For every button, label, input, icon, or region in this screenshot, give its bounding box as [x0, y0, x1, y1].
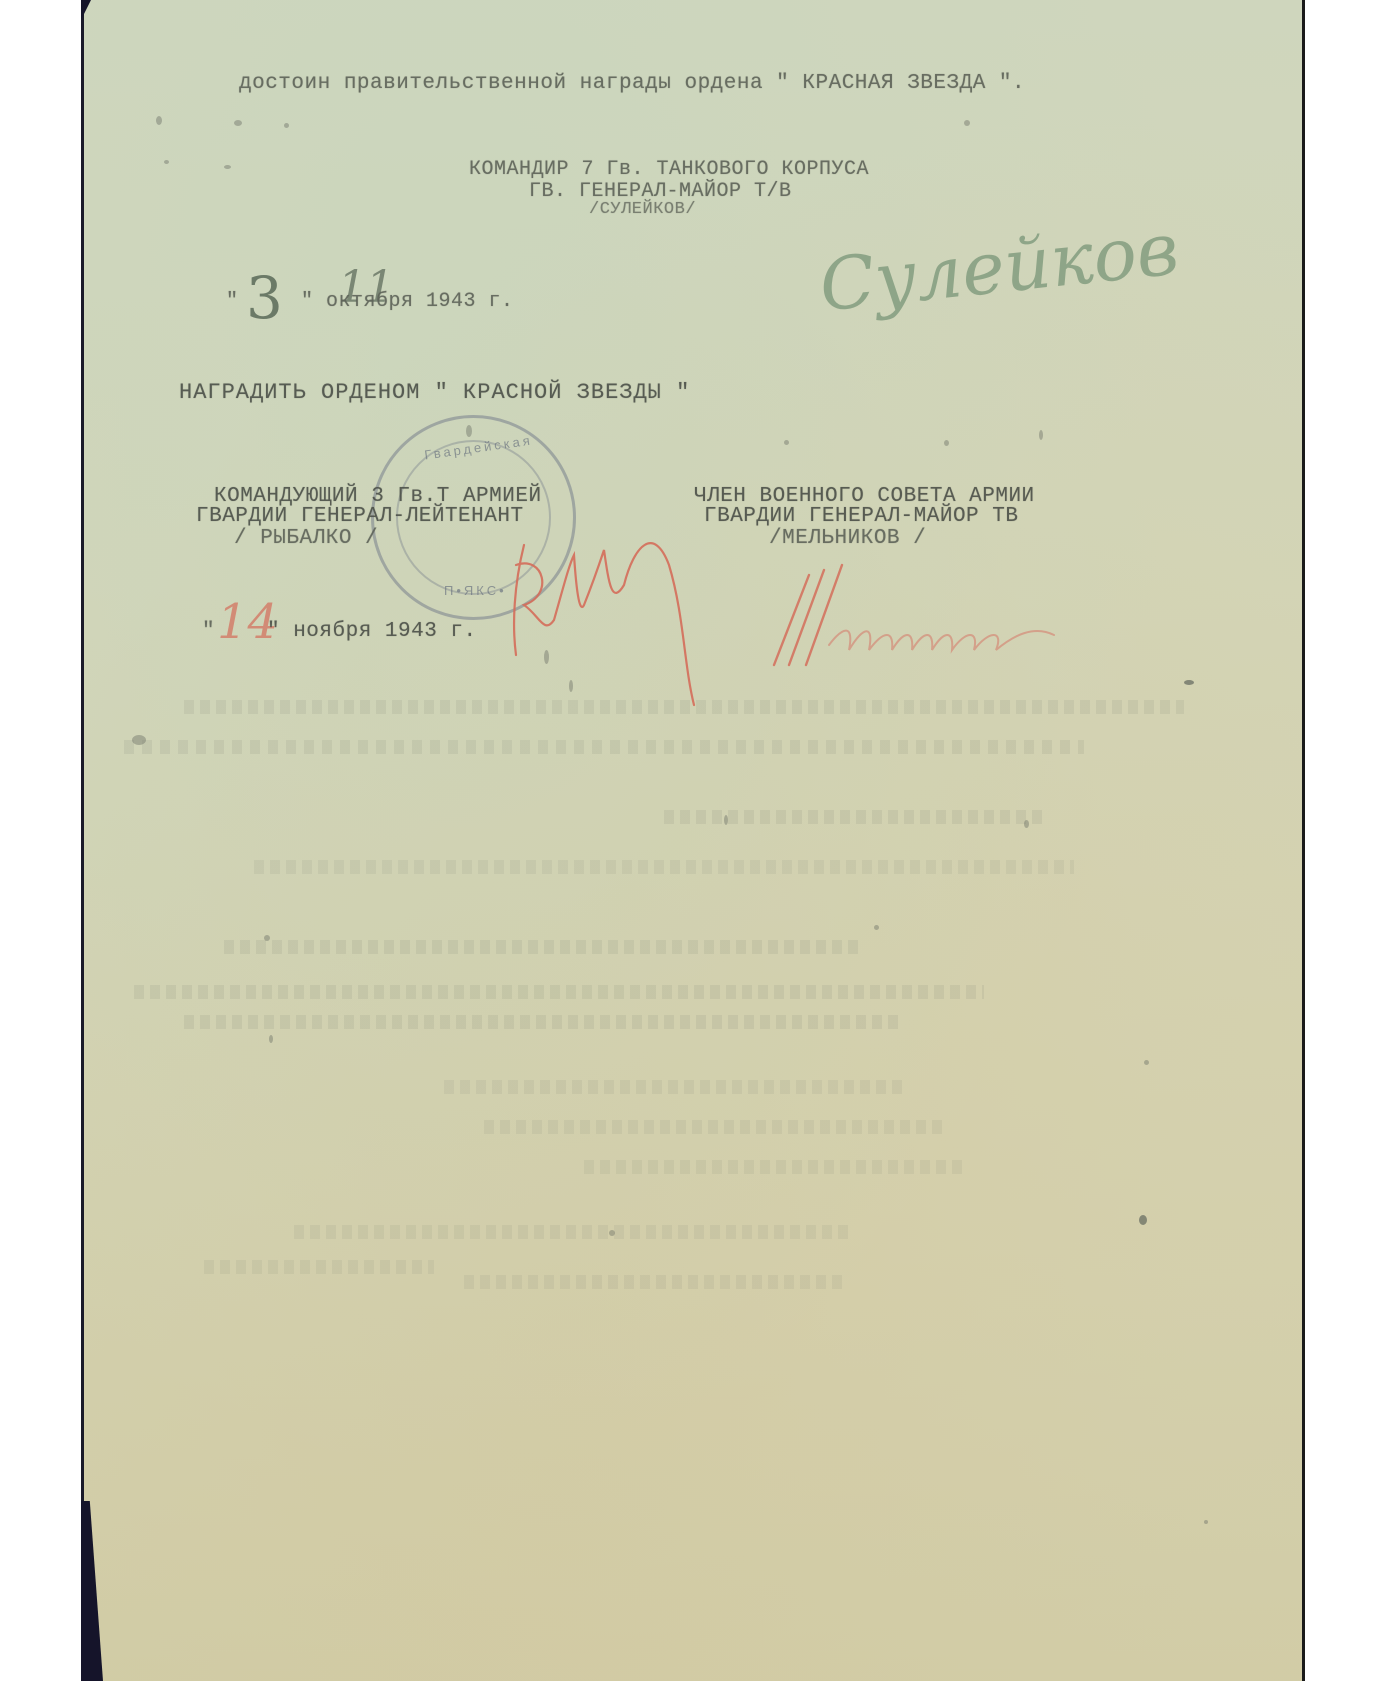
corps-date-rest: " октября 1943 г. [301, 290, 514, 313]
bleed-through-line [664, 810, 1044, 824]
bleed-through-line [184, 1015, 904, 1029]
corps-date-open-quote: " [226, 290, 239, 313]
council-member-name: /МЕЛЬНИКОВ / [769, 527, 926, 550]
ink-speck [1139, 1215, 1147, 1225]
army-commander-name: / РЫБАЛКО / [234, 527, 378, 550]
ink-speck [569, 680, 573, 692]
bleed-through-line [464, 1275, 844, 1289]
corps-date-day: 3 [246, 264, 283, 332]
bleed-through-line [224, 940, 864, 954]
document-page: достоин правительственной награды ордена… [81, 0, 1305, 1681]
decision-line: НАГРАДИТЬ ОРДЕНОМ " КРАСНОЙ ЗВЕЗДЫ " [179, 380, 690, 405]
army-commander-signature [484, 525, 714, 715]
ink-speck [156, 116, 162, 125]
bleed-through-line [204, 1260, 434, 1274]
ink-speck [269, 1035, 273, 1043]
ink-speck [874, 925, 879, 930]
bleed-through-line [444, 1080, 904, 1094]
ink-speck [544, 650, 549, 664]
council-member-signature [734, 565, 1094, 675]
bleed-through-line [134, 985, 984, 999]
ink-speck [1144, 1060, 1149, 1065]
bleed-through-line [584, 1160, 964, 1174]
ink-speck [944, 440, 949, 446]
corps-commander-name: /СУЛЕЙКОВ/ [589, 200, 696, 219]
ink-speck [224, 165, 231, 169]
corps-commander-signature: Сулейков [816, 206, 1183, 327]
final-date-open-quote: " [202, 620, 215, 643]
ink-speck [964, 120, 970, 126]
ink-speck [1039, 430, 1043, 440]
army-commander-rank: ГВАРДИИ ГЕНЕРАЛ-ЛЕЙТЕНАНТ [196, 505, 524, 528]
bleed-through-line [124, 740, 1084, 754]
final-date-rest: " ноября 1943 г. [267, 620, 477, 643]
ink-speck [284, 123, 289, 128]
corps-commander-title: КОМАНДИР 7 Гв. ТАНКОВОГО КОРПУСА [469, 158, 869, 181]
bleed-through-line [294, 1225, 854, 1239]
ink-speck [784, 440, 789, 445]
ink-speck [1204, 1520, 1208, 1524]
header-line: достоин правительственной награды ордена… [239, 72, 1025, 95]
ink-speck [234, 120, 242, 126]
council-member-rank: ГВАРДИИ ГЕНЕРАЛ-МАЙОР ТВ [704, 505, 1018, 528]
ink-speck [1184, 680, 1194, 685]
bleed-through-line [254, 860, 1074, 874]
ink-speck [164, 160, 169, 164]
ink-speck [466, 425, 472, 437]
bleed-through-line [184, 700, 1184, 714]
bleed-through-line [484, 1120, 944, 1134]
